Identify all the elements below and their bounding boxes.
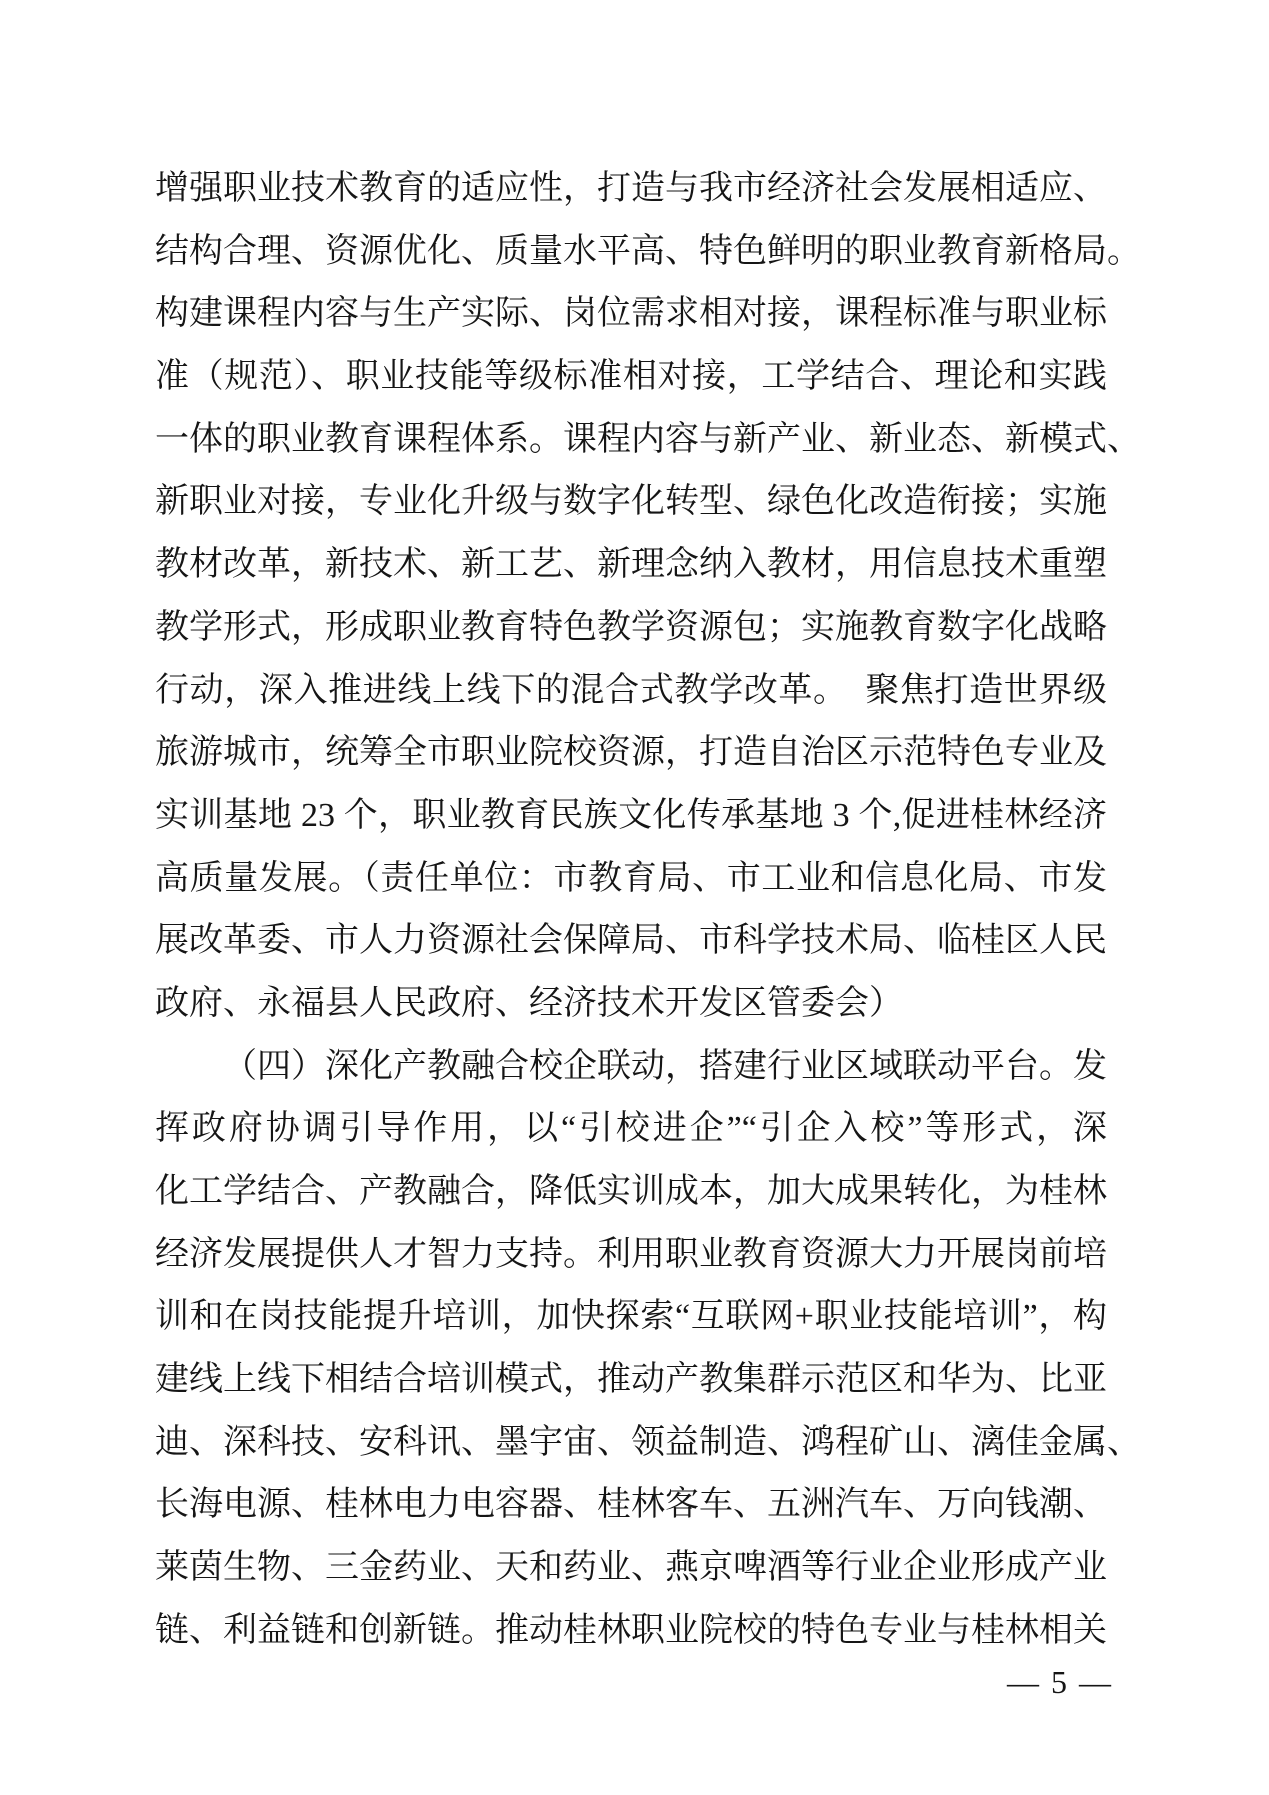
text-line: 化工学结合、产教融合，降低实训成本，加大成果转化，为桂林 xyxy=(155,1161,1107,1224)
text-line: 训和在岗技能提升培训，加快探索“互联网+职业技能培训”，构 xyxy=(155,1286,1107,1349)
text-line: 准（规范）、职业技能等级标准相对接，工学结合、理论和实践 xyxy=(155,346,1107,409)
text-line: 经济发展提供人才智力支持。利用职业教育资源大力开展岗前培 xyxy=(155,1224,1107,1287)
text-line: 莱茵生物、三金药业、天和药业、燕京啤酒等行业企业形成产业 xyxy=(155,1537,1107,1600)
text-line: 增强职业技术教育的适应性，打造与我市经济社会发展相适应、 xyxy=(155,158,1107,221)
text-line: 构建课程内容与生产实际、岗位需求相对接，课程标准与职业标 xyxy=(155,283,1107,346)
document-page: 增强职业技术教育的适应性，打造与我市经济社会发展相适应、结构合理、资源优化、质量… xyxy=(0,0,1269,1795)
text-line: 一体的职业教育课程体系。课程内容与新产业、新业态、新模式、 xyxy=(155,409,1107,472)
text-line: 实训基地 23 个，职业教育民族文化传承基地 3 个,促进桂林经济 xyxy=(155,785,1107,848)
text-line: 高质量发展。（责任单位：市教育局、市工业和信息化局、市发 xyxy=(155,848,1107,911)
text-line: 展改革委、市人力资源社会保障局、市科学技术局、临桂区人民 xyxy=(155,910,1107,973)
text-line: 行动，深入推进线上线下的混合式教学改革。 聚焦打造世界级 xyxy=(155,660,1107,723)
text-line: 教材改革，新技术、新工艺、新理念纳入教材，用信息技术重塑 xyxy=(155,534,1107,597)
document-body: 增强职业技术教育的适应性，打造与我市经济社会发展相适应、结构合理、资源优化、质量… xyxy=(155,158,1107,1663)
text-line: （四）深化产教融合校企联动，搭建行业区域联动平台。发 xyxy=(155,1036,1107,1099)
text-line: 链、利益链和创新链。推动桂林职业院校的特色专业与桂林相关 xyxy=(155,1600,1107,1663)
text-line: 新职业对接，专业化升级与数字化转型、绿色化改造衔接；实施 xyxy=(155,471,1107,534)
text-line: 挥政府协调引导作用，以“引校进企”“引企入校”等形式，深 xyxy=(155,1098,1107,1161)
text-line: 旅游城市，统筹全市职业院校资源，打造自治区示范特色专业及 xyxy=(155,722,1107,785)
text-line: 建线上线下相结合培训模式，推动产教集群示范区和华为、比亚 xyxy=(155,1349,1107,1412)
text-line: 政府、永福县人民政府、经济技术开发区管委会） xyxy=(155,973,1107,1036)
text-line: 结构合理、资源优化、质量水平高、特色鲜明的职业教育新格局。 xyxy=(155,221,1107,284)
text-line: 迪、深科技、安科讯、墨宇宙、领益制造、鸿程矿山、漓佳金属、 xyxy=(155,1412,1107,1475)
text-line: 教学形式，形成职业教育特色教学资源包；实施教育数字化战略 xyxy=(155,597,1107,660)
text-line: 长海电源、桂林电力电容器、桂林客车、五洲汽车、万向钱潮、 xyxy=(155,1474,1107,1537)
page-number: — 5 — xyxy=(1007,1662,1113,1702)
